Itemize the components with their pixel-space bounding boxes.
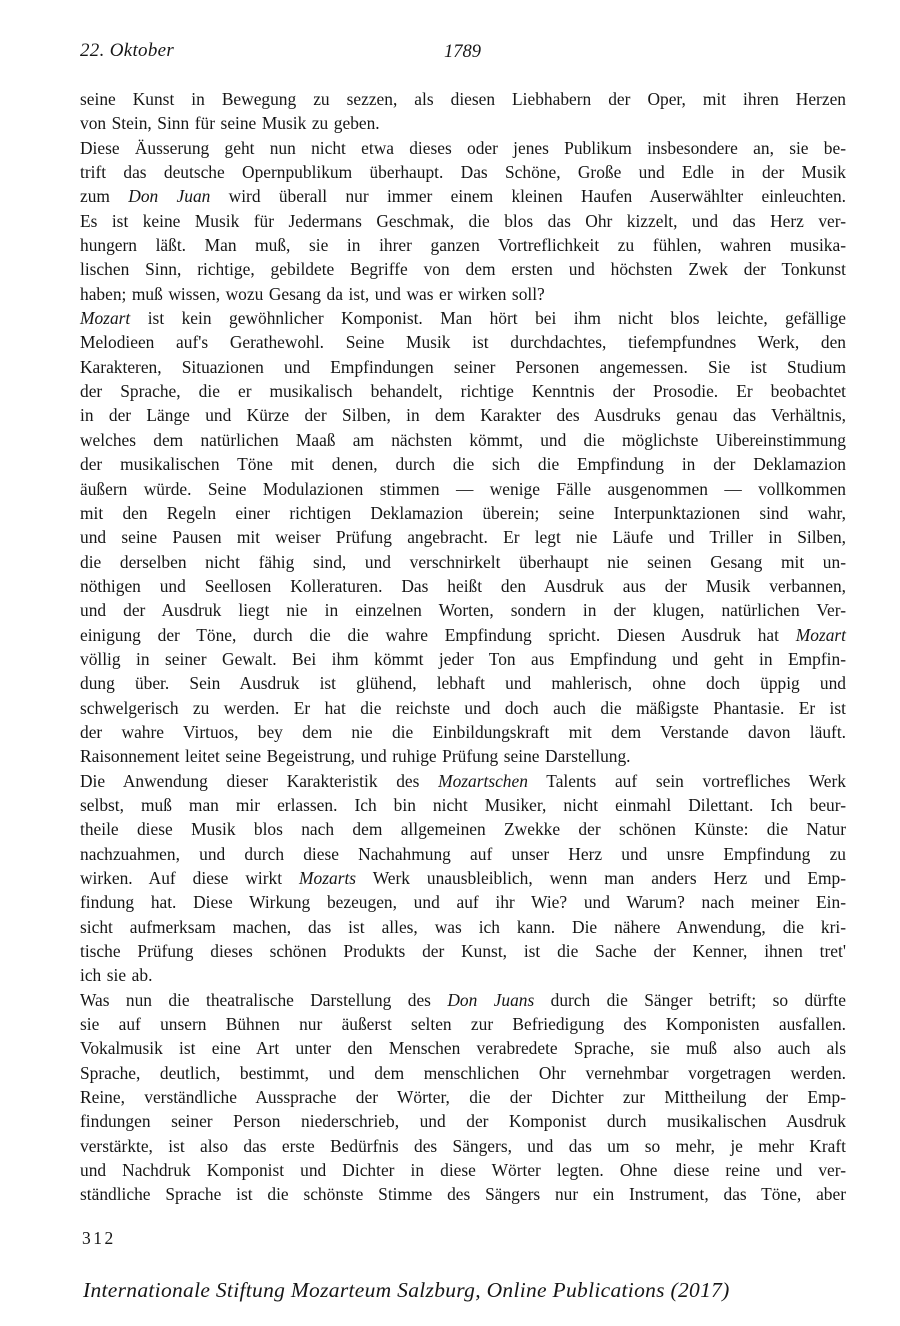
text-line: Vokalmusik ist eine Art unter den Mensch… <box>80 1036 846 1060</box>
text-segment: ist kein gewöhnlicher Komponist. Man hör… <box>130 308 846 328</box>
text-segment: welches dem natürlichen Maaß am nächsten… <box>80 430 846 450</box>
text-segment: dung über. Sein Ausdruk ist glühend, leb… <box>80 673 846 693</box>
text-segment: der wahre Virtuos, bey dem nie die Einbi… <box>80 722 846 742</box>
text-line: wirken. Auf diese wirkt Mozarts Werk una… <box>80 866 846 890</box>
text-line: Sprache, deutlich, bestimmt, und dem men… <box>80 1061 846 1085</box>
running-header-date: 22. Oktober <box>80 40 174 62</box>
text-segment: einigung der Töne, durch die die wahre E… <box>80 625 796 645</box>
text-line: mit den Regeln einer richtigen Deklamazi… <box>80 501 846 525</box>
text-segment: Sprache, deutlich, bestimmt, und dem men… <box>80 1063 846 1083</box>
text-line: tische Prüfung dieses schönen Produkts d… <box>80 939 846 963</box>
text-line: äußern würde. Seine Modulazionen stimmen… <box>80 477 846 501</box>
text-segment: hungern läßt. Man muß, sie in ihrer ganz… <box>80 235 846 255</box>
text-line: die derselben nicht fähig sind, und vers… <box>80 550 846 574</box>
running-header-year: 1789 <box>444 42 481 63</box>
text-segment: von Stein, Sinn für seine Musik zu geben… <box>80 113 380 133</box>
text-segment: in der Länge und Kürze der Silben, in de… <box>80 405 846 425</box>
text-line: der wahre Virtuos, bey dem nie die Einbi… <box>80 720 846 744</box>
text-segment: der Sprache, die er musikalisch behandel… <box>80 381 846 401</box>
text-line: Raisonnement leitet seine Begeistrung, u… <box>80 744 846 768</box>
text-line: und seine Pausen mit weiser Prüfung ange… <box>80 525 846 549</box>
text-segment: lischen Sinn, richtige, gebildete Begrif… <box>80 259 846 279</box>
text-line: verstärkte, ist also das erste Bedürfnis… <box>80 1134 846 1158</box>
text-line: Karakteren, Situazionen und Empfindungen… <box>80 355 846 379</box>
text-line: haben; muß wissen, wozu Gesang da ist, u… <box>80 282 846 306</box>
text-line: Melodieen auf's Gerathewohl. Seine Musik… <box>80 330 846 354</box>
text-line: und Nachdruk Komponist und Dichter in di… <box>80 1158 846 1182</box>
text-line: findungen seiner Person niederschrieb, u… <box>80 1109 846 1133</box>
text-line: Reine, verständliche Aussprache der Wört… <box>80 1085 846 1109</box>
text-segment: schwelgerisch zu werden. Er hat die reic… <box>80 698 846 718</box>
text-segment: der musikalischen Töne mit denen, durch … <box>80 454 846 474</box>
text-segment: wirken. Auf diese wirkt <box>80 868 299 888</box>
italic-text-segment: Mozartschen <box>438 771 528 791</box>
text-line: dung über. Sein Ausdruk ist glühend, leb… <box>80 671 846 695</box>
text-segment: äußern würde. Seine Modulazionen stimmen… <box>80 479 846 499</box>
text-line: hungern läßt. Man muß, sie in ihrer ganz… <box>80 233 846 257</box>
text-segment: Melodieen auf's Gerathewohl. Seine Musik… <box>80 332 846 352</box>
text-line: trift das deutsche Opernpublikum überhau… <box>80 160 846 184</box>
text-line: und der Ausdruk liegt nie in einzelnen W… <box>80 598 846 622</box>
text-segment: nöthigen und Seellosen Kolleraturen. Das… <box>80 576 846 596</box>
text-segment: und Nachdruk Komponist und Dichter in di… <box>80 1160 846 1180</box>
text-line: sicht aufmerksam machen, das ist alles, … <box>80 915 846 939</box>
scanned-document-page: 22. Oktober 1789 seine Kunst in Bewegung… <box>0 0 900 1326</box>
text-segment: Karakteren, Situazionen und Empfindungen… <box>80 357 846 377</box>
text-segment: trift das deutsche Opernpublikum überhau… <box>80 162 846 182</box>
text-segment: und seine Pausen mit weiser Prüfung ange… <box>80 527 846 547</box>
text-segment: Vokalmusik ist eine Art unter den Mensch… <box>80 1038 846 1058</box>
text-segment: zum <box>80 186 128 206</box>
text-line: lischen Sinn, richtige, gebildete Begrif… <box>80 257 846 281</box>
text-line: nachzuahmen, und durch diese Nachahmung … <box>80 842 846 866</box>
text-segment: tische Prüfung dieses schönen Produkts d… <box>80 941 846 961</box>
text-segment: findungen seiner Person niederschrieb, u… <box>80 1111 846 1131</box>
text-segment: haben; muß wissen, wozu Gesang da ist, u… <box>80 284 545 304</box>
text-segment: Talents auf sein vortrefliches Werk <box>528 771 846 791</box>
text-line: Es ist keine Musik für Jedermans Geschma… <box>80 209 846 233</box>
text-segment: seine Kunst in Bewegung zu sezzen, als d… <box>80 89 846 109</box>
text-segment: selbst, muß man mir erlassen. Ich bin ni… <box>80 795 846 815</box>
text-segment: sie auf unsern Bühnen nur äußerst selten… <box>80 1014 846 1034</box>
publication-footer: Internationale Stiftung Mozarteum Salzbu… <box>83 1278 730 1303</box>
text-segment: ich sie ab. <box>80 965 152 985</box>
page-number: 312 <box>82 1228 116 1249</box>
text-segment: ständliche Sprache ist die schönste Stim… <box>80 1184 846 1204</box>
text-line: völlig in seiner Gewalt. Bei ihm kömmt j… <box>80 647 846 671</box>
text-line: schwelgerisch zu werden. Er hat die reic… <box>80 696 846 720</box>
text-segment: und der Ausdruk liegt nie in einzelnen W… <box>80 600 846 620</box>
text-segment: Reine, verständliche Aussprache der Wört… <box>80 1087 846 1107</box>
text-segment: nachzuahmen, und durch diese Nachahmung … <box>80 844 846 864</box>
text-line: der Sprache, die er musikalisch behandel… <box>80 379 846 403</box>
text-line: welches dem natürlichen Maaß am nächsten… <box>80 428 846 452</box>
text-segment: Diese Äusserung geht nun nicht etwa dies… <box>80 138 846 158</box>
text-segment: Es ist keine Musik für Jedermans Geschma… <box>80 211 846 231</box>
text-segment: wird überall nur immer einem kleinen Hau… <box>210 186 846 206</box>
text-line: von Stein, Sinn für seine Musik zu geben… <box>80 111 846 135</box>
text-line: der musikalischen Töne mit denen, durch … <box>80 452 846 476</box>
text-segment: die derselben nicht fähig sind, und vers… <box>80 552 846 572</box>
text-segment: Die Anwendung dieser Karakteristik des <box>80 771 438 791</box>
text-line: nöthigen und Seellosen Kolleraturen. Das… <box>80 574 846 598</box>
text-line: Was nun die theatralische Darstellung de… <box>80 988 846 1012</box>
text-segment: Raisonnement leitet seine Begeistrung, u… <box>80 746 631 766</box>
text-line: einigung der Töne, durch die die wahre E… <box>80 623 846 647</box>
text-segment: findung hat. Diese Wirkung bezeugen, und… <box>80 892 846 912</box>
text-line: selbst, muß man mir erlassen. Ich bin ni… <box>80 793 846 817</box>
text-line: ich sie ab. <box>80 963 846 987</box>
text-segment: Werk unausbleiblich, wenn man anders Her… <box>356 868 846 888</box>
text-line: ständliche Sprache ist die schönste Stim… <box>80 1182 846 1206</box>
text-segment: Was nun die theatralische Darstellung de… <box>80 990 447 1010</box>
text-line: theile diese Musik blos nach dem allgeme… <box>80 817 846 841</box>
text-line: Diese Äusserung geht nun nicht etwa dies… <box>80 136 846 160</box>
italic-text-segment: Mozart <box>796 625 846 645</box>
text-block: seine Kunst in Bewegung zu sezzen, als d… <box>80 87 846 1207</box>
text-line: in der Länge und Kürze der Silben, in de… <box>80 403 846 427</box>
text-line: Mozart ist kein gewöhnlicher Komponist. … <box>80 306 846 330</box>
italic-text-segment: Mozarts <box>299 868 356 888</box>
text-segment: theile diese Musik blos nach dem allgeme… <box>80 819 846 839</box>
text-segment: völlig in seiner Gewalt. Bei ihm kömmt j… <box>80 649 846 669</box>
text-line: Die Anwendung dieser Karakteristik des M… <box>80 769 846 793</box>
text-segment: durch die Sänger betrift; so dürfte <box>534 990 846 1010</box>
italic-text-segment: Don Juans <box>447 990 534 1010</box>
italic-text-segment: Mozart <box>80 308 130 328</box>
text-line: zum Don Juan wird überall nur immer eine… <box>80 184 846 208</box>
italic-text-segment: Don Juan <box>128 186 210 206</box>
text-line: sie auf unsern Bühnen nur äußerst selten… <box>80 1012 846 1036</box>
text-line: seine Kunst in Bewegung zu sezzen, als d… <box>80 87 846 111</box>
text-segment: verstärkte, ist also das erste Bedürfnis… <box>80 1136 846 1156</box>
text-segment: mit den Regeln einer richtigen Deklamazi… <box>80 503 846 523</box>
text-line: findung hat. Diese Wirkung bezeugen, und… <box>80 890 846 914</box>
text-segment: sicht aufmerksam machen, das ist alles, … <box>80 917 846 937</box>
